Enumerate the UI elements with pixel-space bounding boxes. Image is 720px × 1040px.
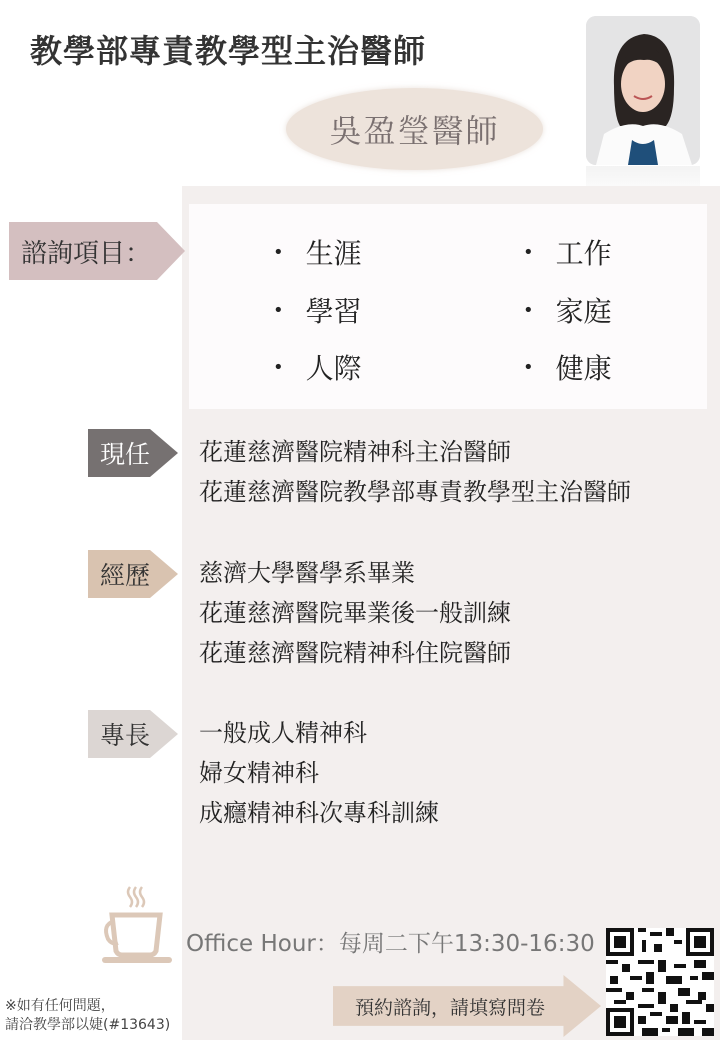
consultation-label-tag: 諮詢項目：: [9, 222, 185, 280]
current-position-list: 花蓮慈濟醫院精神科主治醫師 花蓮慈濟醫院教學部專責教學型主治醫師: [199, 432, 631, 512]
list-item: 花蓮慈濟醫院教學部專責教學型主治醫師: [199, 472, 631, 512]
list-item: 成癮精神科次專科訓練: [199, 793, 439, 833]
office-hour-text: Office Hour：每周二下午13:30-16:30: [186, 925, 595, 958]
consultation-topics-box: •生涯 •工作 •學習 •家庭 •人際 •健康: [189, 204, 707, 409]
topic-item: •人際: [273, 347, 362, 387]
topic-item: •生涯: [273, 232, 362, 272]
doctor-photo: [586, 16, 700, 165]
qr-code[interactable]: [606, 928, 714, 1036]
page-title: 教學部專責教學型主治醫師: [30, 26, 426, 72]
list-item: 婦女精神科: [199, 753, 439, 793]
topic-item: •學習: [273, 290, 362, 330]
list-item: 花蓮慈濟醫院精神科主治醫師: [199, 432, 631, 472]
current-position-tag: 現任: [88, 429, 178, 477]
experience-list: 慈濟大學醫學系畢業 花蓮慈濟醫院畢業後一般訓練 花蓮慈濟醫院精神科住院醫師: [199, 553, 511, 673]
specialty-tag: 專長: [88, 710, 178, 758]
doctor-name: 吳盈瑩醫師: [329, 106, 499, 152]
contact-note: ※如有任何問題， 請洽教學部以婕(#13643): [5, 997, 170, 1035]
list-item: 花蓮慈濟醫院精神科住院醫師: [199, 633, 511, 673]
list-item: 一般成人精神科: [199, 713, 439, 753]
list-item: 慈濟大學醫學系畢業: [199, 553, 511, 593]
topic-item: •工作: [523, 232, 612, 272]
specialty-list: 一般成人精神科 婦女精神科 成癮精神科次專科訓練: [199, 713, 439, 833]
coffee-cup-icon: [100, 885, 176, 965]
portrait-icon: [586, 16, 700, 165]
list-item: 花蓮慈濟醫院畢業後一般訓練: [199, 593, 511, 633]
topic-item: •健康: [523, 347, 612, 387]
topic-item: •家庭: [523, 290, 612, 330]
experience-tag: 經歷: [88, 550, 178, 598]
doctor-name-badge: 吳盈瑩醫師: [286, 88, 543, 170]
